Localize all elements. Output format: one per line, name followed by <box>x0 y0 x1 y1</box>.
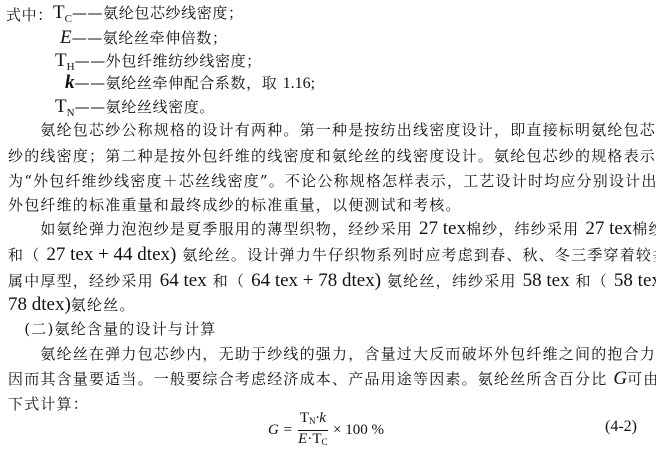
definition-tc: TC——氨纶包芯纱线密度； <box>53 2 244 25</box>
paragraph1-line2: 纱的线密度；第二种是按外包纤维的线密度和氨纶丝的线密度设计。氨纶包芯纱的规格表示 <box>8 145 656 166</box>
formula-numerator: TN·k <box>298 410 328 431</box>
definitions-intro: 式中： <box>6 4 53 25</box>
definition-k: k——氨纶丝牵伸配合系数，取 1.16; <box>65 72 315 94</box>
formula-rhs: × 100 % <box>333 422 384 438</box>
paragraph3-line2: 因而其含量要适当。一般要综合考虑经济成本、产品用途等因素。氨纶丝所含百分比 G可… <box>8 368 656 390</box>
formula-label: (4-2) <box>605 418 637 436</box>
section-heading: (二)氨纶含量的设计与计算 <box>8 318 217 339</box>
paragraph2-line1: 如氨纶弹力泡泡纱是夏季服用的薄型织物，经纱采用 27 tex棉纱，纬纱采用 27… <box>8 218 656 240</box>
paragraph2-line4: 78 dtex)氨纶丝。 <box>8 294 136 316</box>
paragraph1-line3: 为“外包纤维纱线密度＋芯丝线密度”。不论公称规格怎样表示，工艺设计时均应分别设计… <box>8 170 656 191</box>
paragraph1-line4: 外包纤维的标准重量和最终成纱的标准重量，以便测试和考核。 <box>8 194 462 215</box>
paragraph2-line3: 属中厚型，经纱采用 64 tex 和（ 64 tex + 78 dtex) 氨纶… <box>8 270 656 292</box>
definition-th: TH——外包纤维纺纱线密度； <box>55 50 262 73</box>
paragraph1-line1: 氨纶包芯纱公称规格的设计有两种。第一种是按纺出线密度设计，即直接标明氨纶包芯 <box>8 119 656 140</box>
paragraph3-line1: 氨纶丝在弹力包芯纱内，无助于纱线的强力，含量过大反而破坏外包纤维之间的抱合力， <box>8 343 656 364</box>
definition-tn: TN——氨纶丝线密度。 <box>55 96 215 119</box>
paragraph2-line2: 和（ 27 tex + 44 dtex) 氨纶丝。设计弹力牛仔织物系列时应考虑到… <box>8 244 656 266</box>
formula-denominator: E·TC <box>298 431 328 449</box>
paragraph3-line3: 下式计算： <box>8 393 89 414</box>
formula-fraction: TN·k E·TC <box>298 410 328 449</box>
formula-4-2: G = TN·k E·TC × 100 % <box>268 410 384 449</box>
definition-e: E——氨纶丝牵伸倍数； <box>60 27 228 49</box>
formula-lhs: G = <box>268 422 293 438</box>
